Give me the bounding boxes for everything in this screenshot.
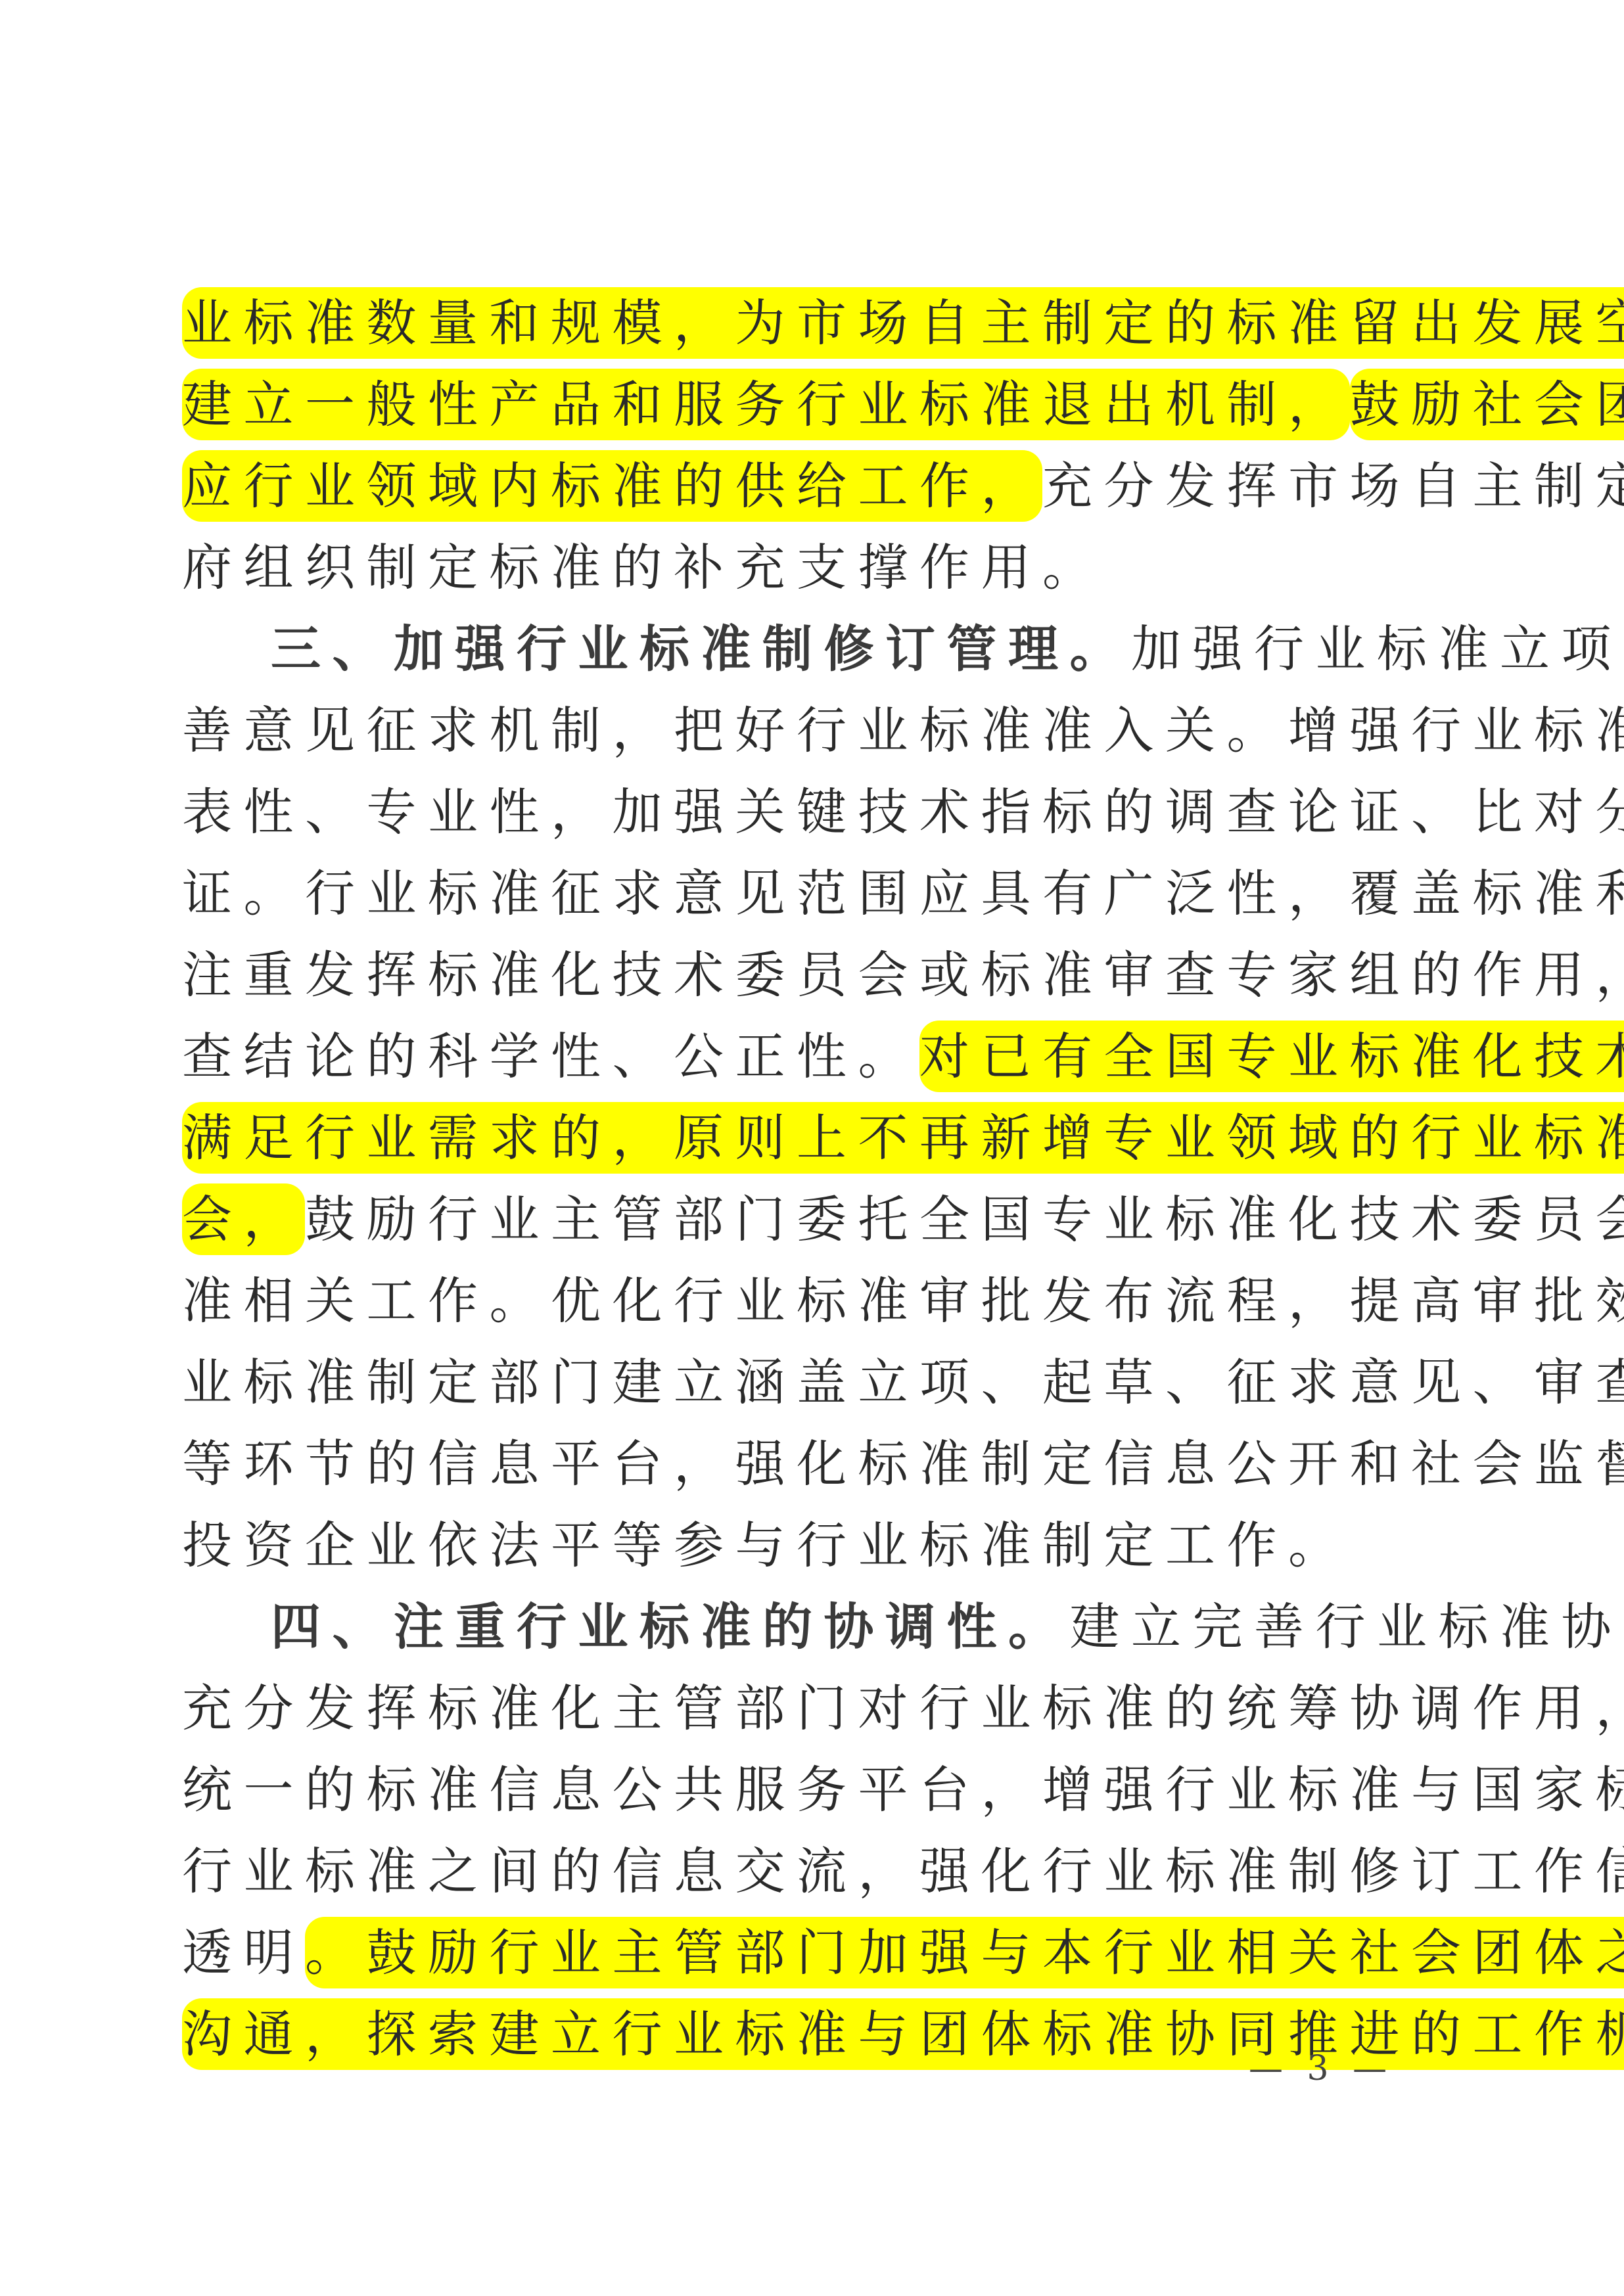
text-line: 证。行业标准征求意见范围应具有广泛性，覆盖标准利益相关方。 <box>182 853 1431 934</box>
text-line: 四、注重行业标准的协调性。建立完善行业标准协调机制， <box>182 1586 1431 1668</box>
body-text-segment: 鼓励行业主管部门委托全国专业标准化技术委员会开展行业标 <box>305 1190 1624 1249</box>
document-page: 业标准数量和规模，为市场自主制定的标准留出发展空间。探索建立一般性产品和服务行业… <box>0 0 1624 2296</box>
text-line: 满足行业需求的，原则上不再新增专业领域的行业标准化技术委员 <box>182 1097 1431 1179</box>
body-text-segment: 建立完善行业标准协调机制， <box>1070 1597 1624 1656</box>
highlighted-text: 满足行业需求的，原则上不再新增专业领域的行业标准化技术委员 <box>182 1102 1624 1174</box>
body-text-segment: 充分发挥标准化主管部门对行业标准的统筹协调作用，加快完善 <box>182 1679 1624 1737</box>
body-text-segment: 准相关工作。优化行业标准审批发布流程，提高审批效率。鼓励行 <box>182 1272 1624 1330</box>
body-text-segment: 充分发挥市场自主制定标准对政 <box>1042 457 1624 515</box>
highlighted-text: 沟通，探索建立行业标准与团体标准协同推进的工作机制，增强 <box>182 1998 1624 2070</box>
body-text-segment: 善意见征求机制，把好行业标准准入关。增强行业标准起草组的代 <box>182 701 1624 760</box>
body-text-segment: 证。行业标准征求意见范围应具有广泛性，覆盖标准利益相关方。 <box>182 864 1624 923</box>
text-line: 透明。鼓励行业主管部门加强与本行业相关社会团体之间的联系 <box>182 1912 1431 1994</box>
text-line: 会，鼓励行业主管部门委托全国专业标准化技术委员会开展行业标 <box>182 1179 1431 1260</box>
highlighted-text: 鼓励社会团体承担相 <box>1350 369 1624 440</box>
body-text-segment: 府组织制定标准的补充支撑作用。 <box>182 538 1104 597</box>
text-line: 业标准制定部门建立涵盖立项、起草、征求意见、审查、批准发布 <box>182 1342 1431 1423</box>
text-line: 三、加强行业标准制修订管理。加强行业标准立项评估，完 <box>182 608 1431 690</box>
highlighted-text: 会， <box>182 1183 305 1255</box>
text-line: 善意见征求机制，把好行业标准准入关。增强行业标准起草组的代 <box>182 690 1431 771</box>
text-line: 业标准数量和规模，为市场自主制定的标准留出发展空间。探索 <box>182 283 1431 364</box>
highlighted-text: 建立一般性产品和服务行业标准退出机制， <box>182 369 1350 440</box>
text-line: 等环节的信息平台，强化标准制定信息公开和社会监督。保障外商 <box>182 1423 1431 1505</box>
body-text-segment: 行业标准之间的信息交流，强化行业标准制修订工作信息的公开 <box>182 1842 1624 1900</box>
text-line: 应行业领域内标准的供给工作，充分发挥市场自主制定标准对政 <box>182 446 1431 527</box>
page-number: — 3 — <box>1249 2049 1393 2088</box>
text-line: 充分发挥标准化主管部门对行业标准的统筹协调作用，加快完善 <box>182 1668 1431 1749</box>
body-text-segment: 注重发挥标准化技术委员会或标准审查专家组的作用，提升标准审 <box>182 946 1624 1004</box>
section-heading: 四、注重行业标准的协调性。 <box>271 1597 1070 1656</box>
text-line: 注重发挥标准化技术委员会或标准审查专家组的作用，提升标准审 <box>182 934 1431 1016</box>
text-line: 准相关工作。优化行业标准审批发布流程，提高审批效率。鼓励行 <box>182 1260 1431 1342</box>
text-line: 投资企业依法平等参与行业标准制定工作。 <box>182 1505 1431 1586</box>
body-text-segment: 表性、专业性，加强关键技术指标的调查论证、比对分析、试验验 <box>182 783 1624 841</box>
section-heading: 三、加强行业标准制修订管理。 <box>271 620 1131 678</box>
highlighted-text: 应行业领域内标准的供给工作， <box>182 450 1042 522</box>
text-line: 查结论的科学性、公正性。对已有全国专业标准化技术委员会能够 <box>182 1016 1431 1097</box>
text-line: 统一的标准信息公共服务平台，增强行业标准与国家标准之间、 <box>182 1749 1431 1831</box>
text-line: 行业标准之间的信息交流，强化行业标准制修订工作信息的公开 <box>182 1831 1431 1912</box>
body-text-segment: 查结论的科学性、公正性。 <box>182 1027 919 1086</box>
text-line: 建立一般性产品和服务行业标准退出机制，鼓励社会团体承担相 <box>182 364 1431 446</box>
highlighted-text: 业标准数量和规模，为市场自主制定的标准留出发展空间。探索 <box>182 287 1624 359</box>
body-text-segment: 业标准制定部门建立涵盖立项、起草、征求意见、审查、批准发布 <box>182 1353 1624 1412</box>
body-text-segment: 加强行业标准立项评估，完 <box>1131 620 1624 678</box>
highlighted-text: 对已有全国专业标准化技术委员会能够 <box>919 1021 1624 1092</box>
body-text-segment: 等环节的信息平台，强化标准制定信息公开和社会监督。保障外商 <box>182 1435 1624 1493</box>
body-text-segment: 透明 <box>182 1923 305 1982</box>
text-line: 府组织制定标准的补充支撑作用。 <box>182 527 1431 608</box>
body-text: 业标准数量和规模，为市场自主制定的标准留出发展空间。探索建立一般性产品和服务行业… <box>182 283 1431 2075</box>
highlighted-text: 。鼓励行业主管部门加强与本行业相关社会团体之间的联系 <box>305 1917 1624 1988</box>
body-text-segment: 统一的标准信息公共服务平台，增强行业标准与国家标准之间、 <box>182 1760 1624 1819</box>
body-text-segment: 投资企业依法平等参与行业标准制定工作。 <box>182 1516 1350 1574</box>
text-line: 沟通，探索建立行业标准与团体标准协同推进的工作机制，增强 <box>182 1994 1431 2075</box>
text-line: 表性、专业性，加强关键技术指标的调查论证、比对分析、试验验 <box>182 771 1431 853</box>
